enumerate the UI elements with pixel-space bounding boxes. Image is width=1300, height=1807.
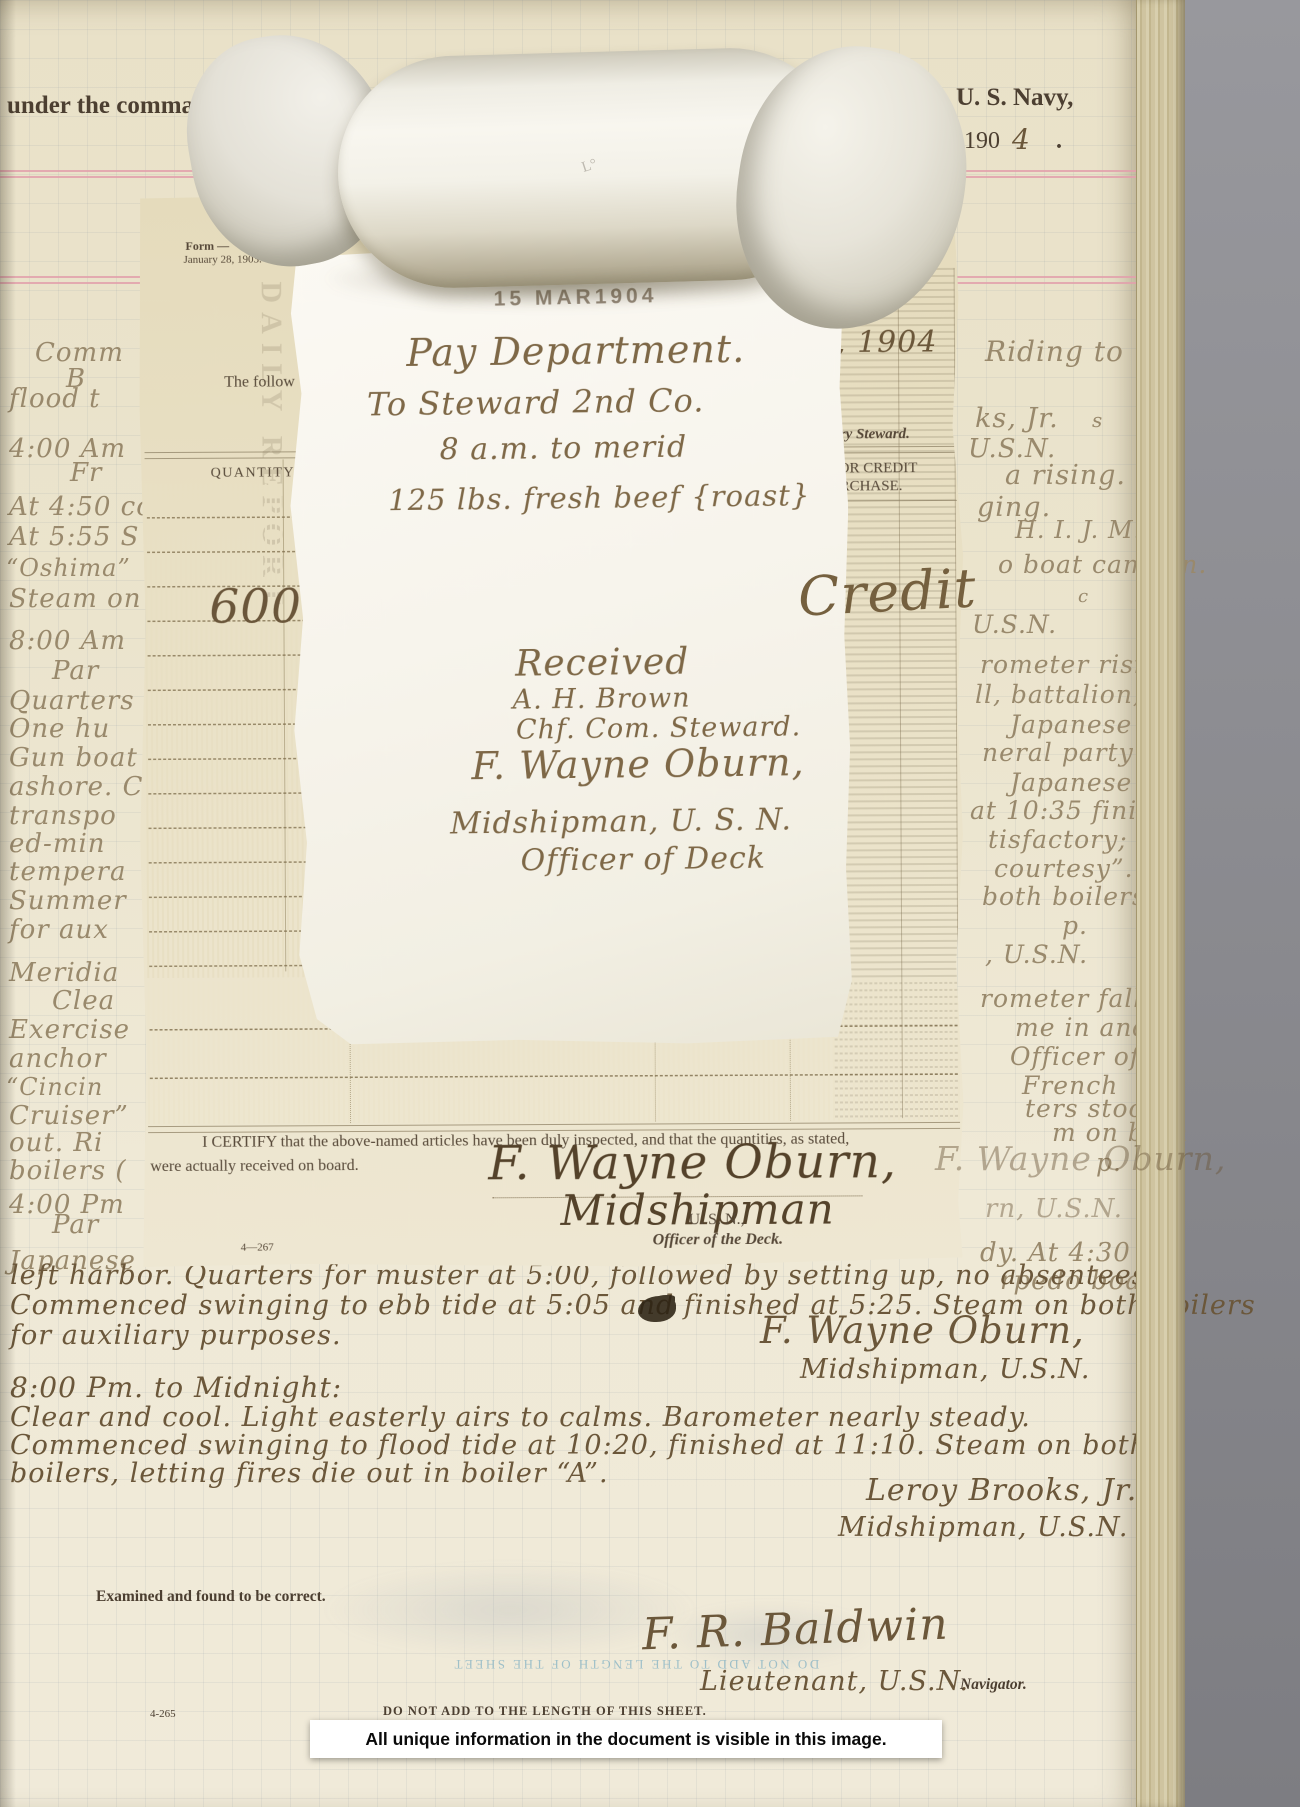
handwritten-fragment: U.S.N. bbox=[972, 612, 1057, 637]
handwritten-fragment: Quarters bbox=[9, 688, 135, 714]
left-gutter-shadow bbox=[0, 0, 16, 1807]
navigator-signature-title: Lieutenant, U.S.N. bbox=[700, 1668, 969, 1695]
handwritten-fragment: out. Ri bbox=[9, 1130, 103, 1156]
sheet-form-number: 4-265 bbox=[150, 1708, 176, 1720]
header-year-handwritten: 4 bbox=[1012, 126, 1031, 154]
handwritten-fragment: F. Wayne Oburn, bbox=[760, 1312, 1085, 1349]
handwritten-fragment: “Oshima” bbox=[6, 556, 131, 580]
certify-statement-line2: were actually received on board. bbox=[150, 1157, 358, 1176]
received-name: A. H. Brown bbox=[512, 685, 690, 714]
handwritten-fragment: Midshipman, U.S.N. bbox=[800, 1356, 1090, 1383]
form-year-handwritten: , 1904 bbox=[836, 328, 938, 359]
handwritten-fragment: c bbox=[1078, 588, 1089, 606]
handwritten-fragment: F. Wayne Oburn, bbox=[935, 1142, 1226, 1175]
handwritten-fragment: Exercise bbox=[9, 1017, 130, 1043]
handwritten-fragment: At 5:55 S bbox=[9, 524, 140, 550]
info-label: All unique information in the document i… bbox=[310, 1720, 942, 1758]
form-following-text: The follow bbox=[224, 373, 295, 391]
quantity-value-handwritten: 600 bbox=[209, 583, 302, 630]
handwritten-fragment: ll, battalion, bbox=[975, 682, 1142, 707]
handwritten-fragment: Clear and cool. Light easterly airs to c… bbox=[10, 1404, 1031, 1431]
handwritten-fragment: both boilers bbox=[982, 884, 1146, 909]
handwritten-fragment: At 4:50 co bbox=[9, 494, 153, 520]
handwritten-fragment: boilers, letting fires die out in boiler… bbox=[10, 1460, 609, 1487]
cloth-wrapped-roll: L° bbox=[190, 26, 970, 331]
handwritten-fragment: Leroy Brooks, Jr. a bbox=[866, 1476, 1167, 1506]
credit-handwritten: Credit bbox=[797, 561, 978, 624]
handwritten-fragment: ed-min bbox=[9, 831, 106, 857]
received-heading: Received bbox=[515, 645, 690, 683]
header-navy-text: U. S. Navy, bbox=[956, 84, 1073, 112]
received-title: Chf. Com. Steward. bbox=[516, 713, 802, 743]
handwritten-fragment: for auxiliary purposes. bbox=[10, 1322, 342, 1349]
handwritten-fragment: 4:00 Am bbox=[9, 436, 126, 462]
handwritten-fragment: , U.S.N. bbox=[985, 942, 1088, 967]
officer-signature: F. Wayne Oburn, bbox=[488, 1138, 897, 1187]
navigator-signature: F. R. Baldwin bbox=[641, 1603, 949, 1658]
handwritten-fragment: Par bbox=[52, 1212, 99, 1238]
handwritten-fragment: flood t bbox=[9, 386, 101, 412]
credit-column-header-1: OR CREDIT bbox=[839, 460, 918, 477]
handwritten-fragment: Summer bbox=[9, 888, 127, 914]
handwritten-fragment: Riding to bbox=[985, 338, 1124, 366]
handwritten-fragment: One hu bbox=[9, 716, 110, 742]
handwritten-fragment: Japanese bbox=[1010, 712, 1132, 737]
handwritten-fragment: tisfactory; bbox=[988, 827, 1128, 852]
handwritten-fragment: U.S.N. bbox=[968, 436, 1056, 462]
receipt-signature: F. Wayne Oburn, bbox=[471, 743, 805, 785]
receipt-line-beef: 125 lbs. fresh beef {roast} bbox=[388, 481, 810, 515]
handwritten-fragment: neral party bbox=[982, 740, 1134, 765]
handwritten-fragment: “Cincin bbox=[6, 1075, 103, 1099]
handwritten-fragment: p. bbox=[1062, 913, 1088, 938]
handwritten-fragment: tempera bbox=[9, 859, 126, 885]
handwritten-fragment: Japanese bbox=[1010, 770, 1132, 795]
handwritten-fragment: Commenced swinging to flood tide at 10:2… bbox=[10, 1432, 1148, 1459]
handwritten-fragment: Comm bbox=[35, 340, 124, 366]
handwritten-fragment: rn, U.S.N. bbox=[985, 1196, 1123, 1222]
printed-officer-of-deck: Officer of the Deck. bbox=[653, 1231, 783, 1249]
navigator-printed-caption: Navigator. bbox=[960, 1676, 1027, 1693]
handwritten-fragment: me in and bbox=[1015, 1015, 1150, 1040]
handwritten-fragment: Midshipman, U.S.N. bbox=[838, 1514, 1128, 1541]
handwritten-fragment: 8:00 Pm. to Midnight: bbox=[10, 1374, 342, 1402]
handwritten-fragment: for aux bbox=[9, 917, 109, 943]
photo-of-logbook: under the command U. S. Navy, 190 4 . Co… bbox=[0, 0, 1300, 1807]
handwritten-fragment: Meridia bbox=[9, 960, 119, 986]
handwritten-fragment: courtesy”. bbox=[994, 856, 1134, 881]
do-not-add-notice: DO NOT ADD TO THE LENGTH OF THIS SHEET. bbox=[383, 1705, 707, 1719]
receipt-line-to-steward: To Steward 2nd Co. bbox=[367, 384, 705, 420]
quantity-column-header: QUANTITY. bbox=[211, 465, 299, 481]
examined-statement: Examined and found to be correct. bbox=[96, 1588, 326, 1605]
handwritten-fragment: Cruiser” bbox=[9, 1103, 129, 1129]
form-footer-number: 4—267 bbox=[241, 1241, 274, 1253]
printed-usn: U. S. N., bbox=[689, 1211, 745, 1229]
handwritten-fragment: s bbox=[1092, 410, 1103, 430]
handwritten-fragment: Par bbox=[52, 658, 99, 684]
receipt-signature-role: Officer of Deck bbox=[520, 844, 766, 877]
receipt-line-time: 8 a.m. to merid bbox=[439, 433, 687, 466]
handwritten-fragment: 8:00 Am bbox=[9, 628, 126, 654]
handwritten-fragment: boilers ( bbox=[9, 1158, 127, 1184]
header-year-dot: . bbox=[1056, 128, 1062, 154]
handwritten-fragment: Officer of bbox=[1010, 1044, 1140, 1069]
info-label-text: All unique information in the document i… bbox=[365, 1729, 886, 1750]
book-page-edges bbox=[1136, 0, 1185, 1807]
handwritten-fragment: ashore. C bbox=[9, 774, 143, 800]
handwritten-fragment: Clea bbox=[52, 988, 115, 1014]
receipt-signature-title: Midshipman, U. S. N. bbox=[450, 805, 792, 839]
handwritten-fragment: anchor bbox=[9, 1046, 107, 1072]
receipt-slip: 15 MAR1904 Pay Department. To Steward 2n… bbox=[285, 243, 855, 1052]
handwritten-fragment: ks, Jr. bbox=[975, 405, 1059, 432]
handwritten-fragment: Fr bbox=[70, 460, 102, 486]
handwritten-fragment: Steam on bbox=[9, 586, 141, 612]
receipt-line-pay-department: Pay Department. bbox=[406, 330, 745, 372]
handwritten-fragment: a rising. bbox=[1005, 462, 1126, 489]
handwritten-fragment: transpo bbox=[9, 803, 117, 829]
quantity-column-rows bbox=[145, 483, 314, 978]
handwritten-fragment: Gun boat bbox=[9, 745, 138, 771]
